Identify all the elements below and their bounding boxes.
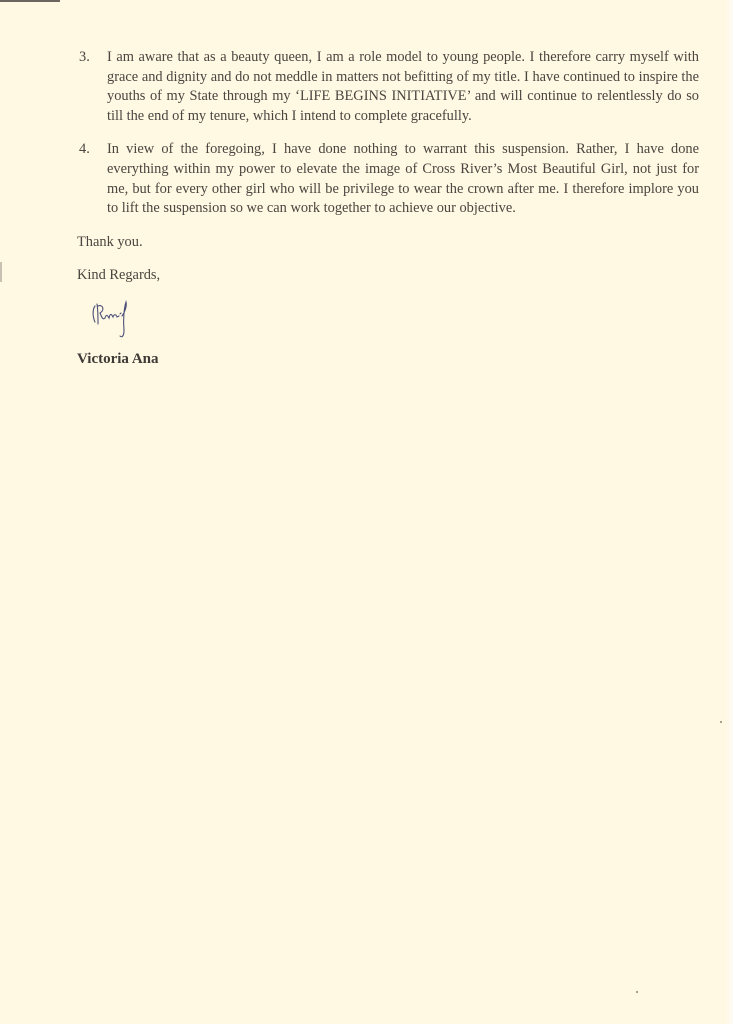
numbered-paragraph-4: 4. In view of the foregoing, I have done… bbox=[79, 140, 699, 218]
page-edge bbox=[725, 0, 733, 1024]
scan-margin-mark bbox=[0, 262, 2, 282]
signature-icon bbox=[89, 300, 139, 342]
paragraph-number: 4. bbox=[79, 140, 90, 160]
paragraph-text: In view of the foregoing, I have done no… bbox=[107, 141, 699, 216]
scan-speck bbox=[720, 721, 722, 723]
closing-salutation: Kind Regards, bbox=[77, 266, 699, 286]
signatory-name: Victoria Ana bbox=[77, 350, 699, 370]
scan-speck bbox=[636, 991, 638, 993]
thank-you-line: Thank you. bbox=[77, 233, 699, 253]
paragraph-text: I am aware that as a beauty queen, I am … bbox=[107, 49, 699, 124]
paragraph-number: 3. bbox=[79, 48, 90, 68]
numbered-paragraph-3: 3. I am aware that as a beauty queen, I … bbox=[79, 48, 699, 126]
scan-edge-line bbox=[0, 0, 60, 2]
letter-body: 3. I am aware that as a beauty queen, I … bbox=[79, 48, 699, 370]
